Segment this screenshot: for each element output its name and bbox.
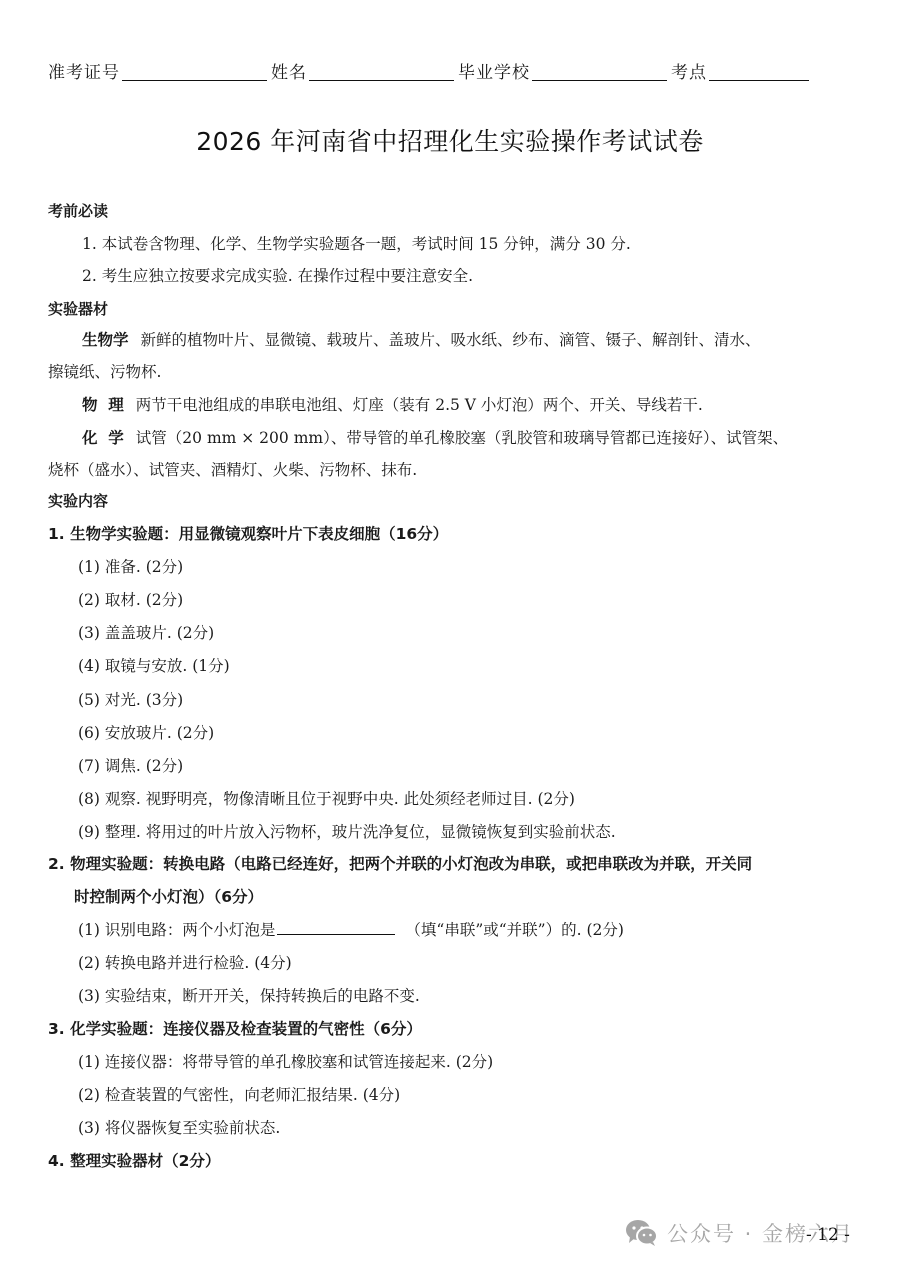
question-step: (9) 整理. 将用过的叶片放入污物杯，玻片洗净复位，显微镜恢复到实验前状态. (78, 820, 616, 842)
answer-blank[interactable] (277, 920, 395, 935)
step-prefix: (1) 识别电路：两个小灯泡是 (78, 921, 275, 939)
materials-biology: 生物学新鲜的植物叶片、显微镜、载玻片、盖玻片、吸水纸、纱布、滴管、镊子、解剖针、… (82, 328, 761, 350)
notice-item: 2. 考生应独立按要求完成实验. 在操作过程中要注意安全. (82, 264, 473, 286)
field-school: 毕业学校 (458, 58, 671, 83)
materials-chemistry-cont: 烧杯（盛水）、试管夹、酒精灯、火柴、污物杯、抹布. (48, 458, 417, 480)
materials-text: 新鲜的植物叶片、显微镜、载玻片、盖玻片、吸水纸、纱布、滴管、镊子、解剖针、清水、 (141, 331, 761, 349)
question-step: (2) 转换电路并进行检验. (4分) (78, 951, 292, 973)
page-number: - 12 - (806, 1225, 850, 1245)
materials-biology-cont: 擦镜纸、污物杯. (48, 360, 161, 382)
content-heading: 实验内容 (48, 490, 108, 511)
exam-number-input-line[interactable] (122, 62, 267, 81)
school-input-line[interactable] (532, 62, 667, 81)
subject-label: 化 学 (82, 429, 124, 447)
question-step: (2) 检查装置的气密性，向老师汇报结果. (4分) (78, 1083, 400, 1105)
wechat-icon (625, 1219, 659, 1247)
question-1-title: 1. 生物学实验题：用显微镜观察叶片下表皮细胞（16分） (48, 522, 448, 544)
question-3-title: 3. 化学实验题：连接仪器及检查装置的气密性（6分） (48, 1017, 422, 1039)
subject-label: 生物学 (82, 331, 129, 349)
page-title: 2026 年河南省中招理化生实验操作考试试卷 (0, 122, 900, 158)
step-suffix: （填“串联”或“并联”）的. (2分) (405, 921, 624, 939)
notice-item: 1. 本试卷含物理、化学、生物学实验题各一题，考试时间 15 分钟，满分 30 … (82, 232, 631, 254)
question-step: (1) 准备. (2分) (78, 555, 183, 577)
question-step: (1) 识别电路：两个小灯泡是（填“串联”或“并联”）的. (2分) (78, 918, 624, 940)
field-exam-number: 准考证号 (48, 58, 271, 83)
field-label: 考点 (671, 58, 707, 83)
question-step: (1) 连接仪器：将带导管的单孔橡胶塞和试管连接起来. (2分) (78, 1050, 493, 1072)
question-step: (3) 盖盖玻片. (2分) (78, 621, 214, 643)
exam-site-input-line[interactable] (709, 62, 809, 81)
field-name: 姓名 (271, 58, 458, 83)
materials-chemistry: 化 学试管（20 mm × 200 mm）、带导管的单孔橡胶塞（乳胶管和玻璃导管… (82, 426, 788, 448)
question-2-title: 2. 物理实验题：转换电路（电路已经连好，把两个并联的小灯泡改为串联，或把串联改… (48, 852, 752, 874)
field-label: 准考证号 (48, 58, 120, 83)
field-label: 姓名 (271, 58, 307, 83)
name-input-line[interactable] (309, 62, 454, 81)
question-step: (8) 观察. 视野明亮，物像清晰且位于视野中央. 此处须经老师过目. (2分) (78, 787, 575, 809)
notice-heading: 考前必读 (48, 200, 108, 221)
field-label: 毕业学校 (458, 58, 530, 83)
question-step: (7) 调焦. (2分) (78, 754, 183, 776)
materials-text: 试管（20 mm × 200 mm）、带导管的单孔橡胶塞（乳胶管和玻璃导管都已连… (136, 429, 788, 447)
question-step: (6) 安放玻片. (2分) (78, 721, 214, 743)
materials-heading: 实验器材 (48, 298, 108, 319)
question-step: (3) 将仪器恢复至实验前状态. (78, 1116, 280, 1138)
subject-label: 物 理 (82, 396, 124, 414)
candidate-info-fields: 准考证号 姓名 毕业学校 考点 (48, 58, 858, 83)
materials-text: 两节干电池组成的串联电池组、灯座（装有 2.5 V 小灯泡）两个、开关、导线若干… (136, 396, 703, 414)
question-2-title-cont: 时控制两个小灯泡）（6分） (74, 885, 263, 907)
field-exam-site: 考点 (671, 58, 813, 83)
question-step: (5) 对光. (3分) (78, 688, 183, 710)
question-step: (3) 实验结束，断开开关，保持转换后的电路不变. (78, 984, 420, 1006)
question-step: (2) 取材. (2分) (78, 588, 183, 610)
question-4-title: 4. 整理实验器材（2分） (48, 1149, 220, 1171)
materials-physics: 物 理两节干电池组成的串联电池组、灯座（装有 2.5 V 小灯泡）两个、开关、导… (82, 393, 703, 415)
question-step: (4) 取镜与安放. (1分) (78, 654, 230, 676)
